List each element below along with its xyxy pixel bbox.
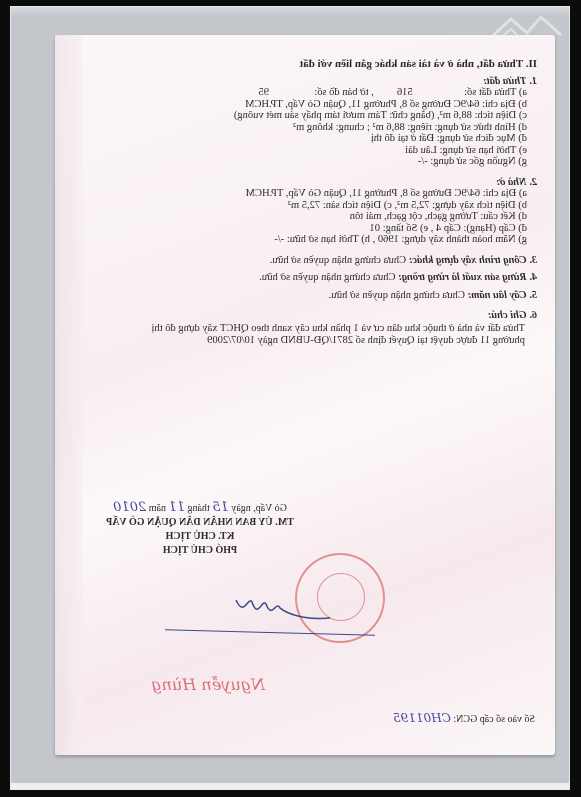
land-heading: 1. Thửa đất: <box>77 76 537 88</box>
certificate-page: II. Thửa đất, nhà ở và tài sản khác gắn … <box>55 35 555 755</box>
signature-block: Gò Vấp, ngày 15 tháng 11 năm 2010 TM. ỦY… <box>75 501 325 558</box>
other-construction: 3. Công trình xây dựng khác: Chưa chứng … <box>77 255 537 267</box>
signer-role-2: PHÓ CHỦ TỊCH <box>75 544 325 558</box>
land-purpose: đ) Mục đích sử dụng: Đất ở tại đô thị <box>77 133 537 145</box>
house-year: g) Năm hoàn thành xây dựng: 1960 , h) Th… <box>77 234 537 246</box>
house-heading: 2. Nhà ở: <box>77 177 537 189</box>
frame-bottom-bar <box>11 783 569 789</box>
section-title: II. Thửa đất, nhà ở và tài sản khác gắn … <box>77 59 537 71</box>
issuing-authority: TM. ỦY BAN NHÂN DÂN QUẬN GÒ VẤP <box>75 516 325 530</box>
house-area: b) Diện tích xây dựng: 72,5 m², c) Diện … <box>77 200 537 212</box>
land-address: b) Địa chỉ: 64/9C Đường số 8, Phường 11,… <box>77 99 537 111</box>
certificate-body: II. Thửa đất, nhà ở và tài sản khác gắn … <box>77 59 537 347</box>
house-address: a) Địa chỉ: 64/9C Đường số 8, Phường 11,… <box>77 188 537 200</box>
note-heading: 6. Ghi chú: <box>77 310 537 322</box>
house-structure: d) Kết cấu: Tường gạch, cột gạch, mái tô… <box>77 211 537 223</box>
signature-icon <box>210 590 340 630</box>
land-parcel: a) Thửa đất số: 516 , tờ bản đồ số: 95 <box>77 87 537 99</box>
land-origin: g) Nguồn gốc sử dụng: -/- <box>77 156 537 168</box>
registration-number: Số vào sổ cấp GCN: CH01195 <box>393 711 535 725</box>
land-term: e) Thời hạn sử dụng: Lâu dài <box>77 145 537 157</box>
note-line-2: phường 11 được duyệt tại Quyết định số 2… <box>77 335 537 347</box>
signer-name: Nguyễn Hùng <box>151 675 265 694</box>
signer-role-1: KT. CHỦ TỊCH <box>75 530 325 544</box>
mirrored-content: II. Thửa đất, nhà ở và tài sản khác gắn … <box>55 35 555 755</box>
house-grade: đ) Cấp (Hạng): Cấp 4 , e) Số tầng: 01 <box>77 223 537 235</box>
note-line-1: Thửa đất và nhà ở thuộc khu dân cư và 1 … <box>77 323 537 335</box>
planted-forest: 4. Rừng sản xuất là rừng trồng: Chưa chứ… <box>77 272 537 284</box>
photo-frame: II. Thửa đất, nhà ở và tài sản khác gắn … <box>10 6 570 790</box>
land-area: c) Diện tích: 88,6 m², (bằng chữ: Tám mư… <box>77 110 537 122</box>
perennial-trees: 5. Cây lâu năm: Chưa chứng nhận quyền sở… <box>77 290 537 302</box>
issue-date: Gò Vấp, ngày 15 tháng 11 năm 2010 <box>75 501 325 516</box>
land-use-form: d) Hình thức sử dụng: riêng: 88,6 m² ; c… <box>77 122 537 134</box>
